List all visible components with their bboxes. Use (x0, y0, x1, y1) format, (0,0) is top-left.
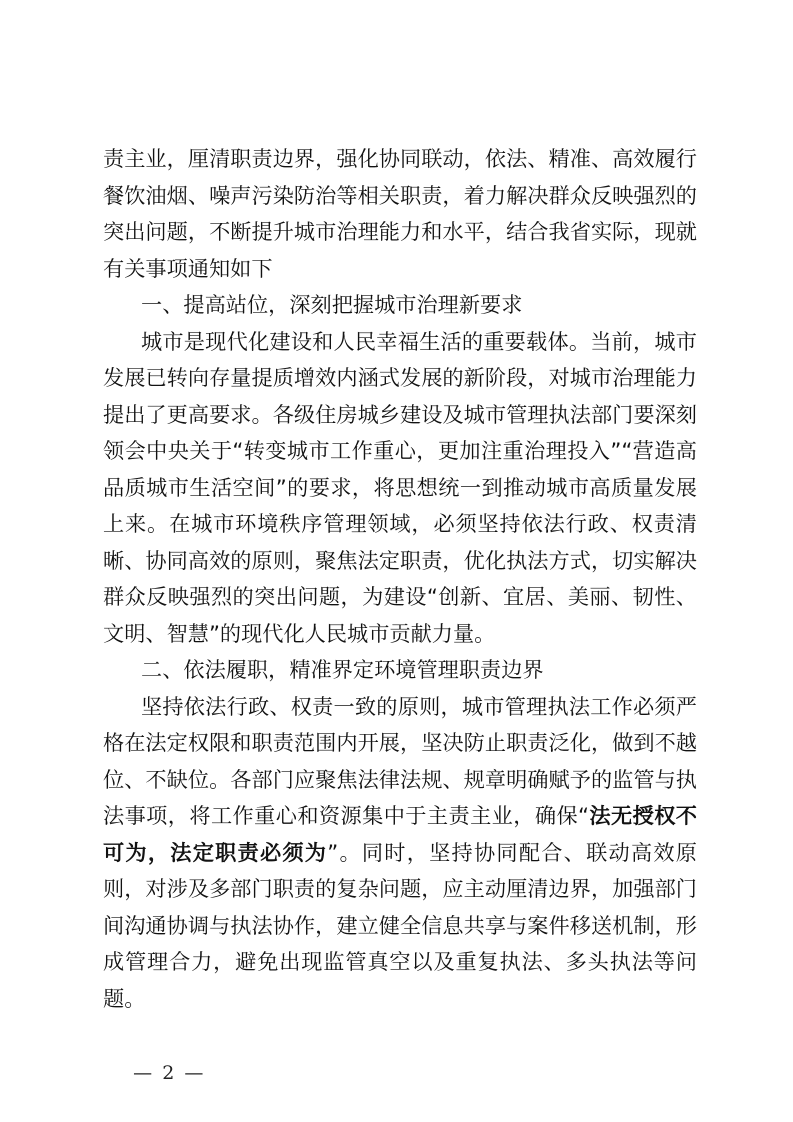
paragraph-continuation: 责主业，厘清职责边界，强化协同联动，依法、精准、高效履行餐饮油烟、噪声污染防治等… (103, 141, 697, 287)
section-2-body: 坚持依法行政、权责一致的原则，城市管理执法工作必须严格在法定权限和职责范围内开展… (103, 689, 697, 1018)
page-sheet: 责主业，厘清职责边界，强化协同联动，依法、精准、高效履行餐饮油烟、噪声污染防治等… (0, 0, 793, 1122)
body-text-segment: ”。同时，坚持协同配合、联动高效原则，对涉及多部门职责的复杂问题，应主动厘清边界… (103, 840, 697, 1011)
page-number: — 2 — (133, 1062, 205, 1084)
page-footer: — 2 — (101, 1034, 205, 1112)
document-body: 责主业，厘清职责边界，强化协同联动，依法、精准、高效履行餐饮油烟、噪声污染防治等… (103, 141, 697, 1017)
section-1-heading: 一、提高站位，深刻把握城市治理新要求 (103, 287, 697, 324)
section-2-heading: 二、依法履职，精准界定环境管理职责边界 (103, 652, 697, 689)
section-1-body: 城市是现代化建设和人民幸福生活的重要载体。当前，城市发展已转向存量提质增效内涵式… (103, 324, 697, 653)
document-page: { "page": { "kind": "scanned-official-no… (0, 0, 793, 1122)
